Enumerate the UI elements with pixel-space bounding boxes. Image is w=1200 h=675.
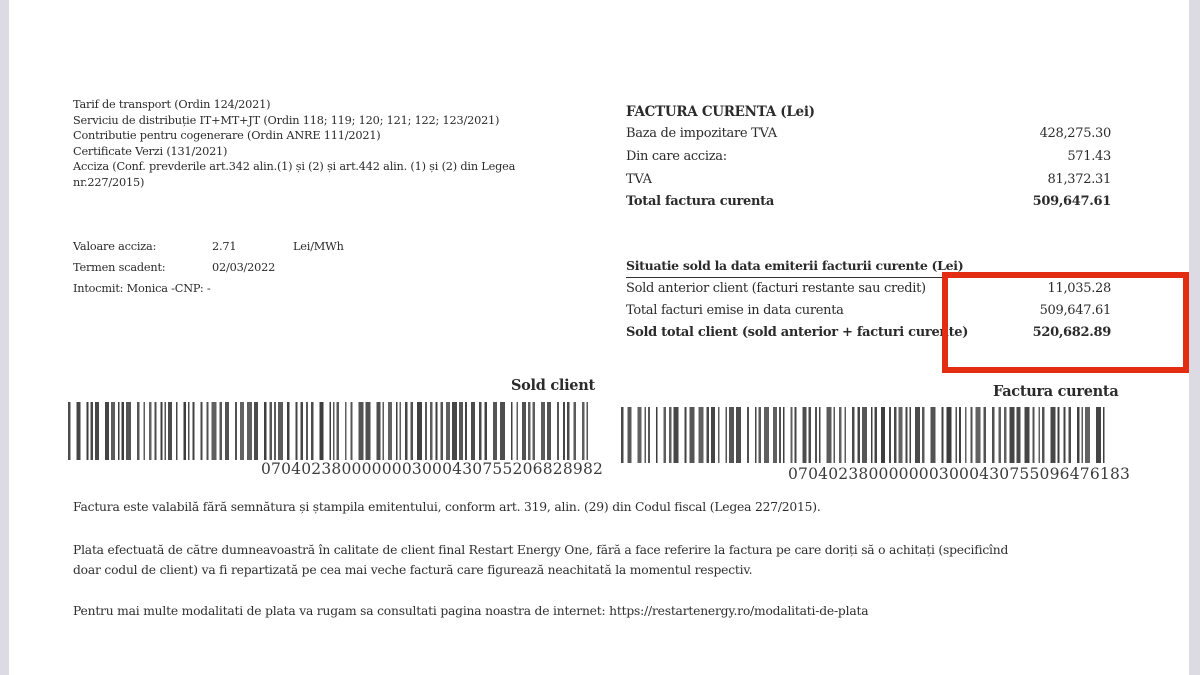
client-barcode-number: 0704023800000003000430755206828982 <box>261 460 603 478</box>
payment-note-line1: Plata efectuată de către dumneavoastră î… <box>73 543 1008 557</box>
row-label: Din care acciza: <box>626 145 727 168</box>
due-date-value: 02/03/2022 <box>212 260 275 275</box>
current-invoice-title: FACTURA CURENTA (Lei) <box>626 102 1111 122</box>
row-label: Sold anterior client (facturi restante s… <box>626 278 926 300</box>
legal-item: Contributie pentru cogenerare (Ordin ANR… <box>73 128 515 144</box>
invoice-barcode-label: Factura curenta <box>993 383 1118 400</box>
excise-unit: Lei/MWh <box>293 239 344 254</box>
total-label: Total factura curenta <box>626 191 774 213</box>
row-label: TVA <box>626 168 652 191</box>
excise-value: 2.71 <box>212 239 236 254</box>
payment-methods-link[interactable]: https://restartenergy.ro/modalitati-de-p… <box>609 604 868 618</box>
more-info-text: Pentru mai multe modalitati de plata va … <box>73 604 609 618</box>
invoice-page: Tarif de transport (Ordin 124/2021) Serv… <box>9 0 1189 675</box>
invoice-row: TVA 81,372.31 <box>626 168 1111 191</box>
balance-title: Situatie sold la data emiterii facturii … <box>626 256 956 278</box>
invoice-barcode <box>621 407 1111 465</box>
current-invoice-summary: FACTURA CURENTA (Lei) Baza de impozitare… <box>626 102 1111 213</box>
total-label: Sold total client (sold anterior + factu… <box>626 322 968 344</box>
validity-note: Factura este valabilă fără semnătura și … <box>73 500 821 514</box>
more-info-note: Pentru mai multe modalitati de plata va … <box>73 604 868 618</box>
legal-item: Acciza (Conf. prevderile art.342 alin.(1… <box>73 159 515 175</box>
invoice-row: Baza de impozitare TVA 428,275.30 <box>626 122 1111 145</box>
tariff-legal-list: Tarif de transport (Ordin 124/2021) Serv… <box>73 97 515 190</box>
legal-item: nr.227/2015) <box>73 175 515 191</box>
legal-item: Tarif de transport (Ordin 124/2021) <box>73 97 515 113</box>
row-label: Total facturi emise in data curenta <box>626 300 844 322</box>
invoice-barcode-number: 0704023800000003000430755096476183 <box>788 465 1130 483</box>
due-date-label: Termen scadent: <box>73 260 165 275</box>
client-barcode <box>68 402 592 460</box>
row-value: 81,372.31 <box>1048 168 1111 191</box>
row-value: 571.43 <box>1067 145 1111 168</box>
legal-item: Certificate Verzi (131/2021) <box>73 144 515 160</box>
invoice-row: Din care acciza: 571.43 <box>626 145 1111 168</box>
payment-note-line2: doar codul de client) va fi repartizată … <box>73 563 752 577</box>
row-value: 428,275.30 <box>1040 122 1111 145</box>
row-label: Baza de impozitare TVA <box>626 122 777 145</box>
invoice-total-row: Total factura curenta 509,647.61 <box>626 191 1111 213</box>
red-highlight-box <box>942 272 1189 373</box>
issued-by: Intocmit: Monica -CNP: - <box>73 281 211 296</box>
client-barcode-label: Sold client <box>511 377 595 394</box>
excise-label: Valoare acciza: <box>73 239 156 254</box>
legal-item: Serviciu de distribuție IT+MT+JT (Ordin … <box>73 113 515 129</box>
total-value: 509,647.61 <box>1033 191 1111 213</box>
